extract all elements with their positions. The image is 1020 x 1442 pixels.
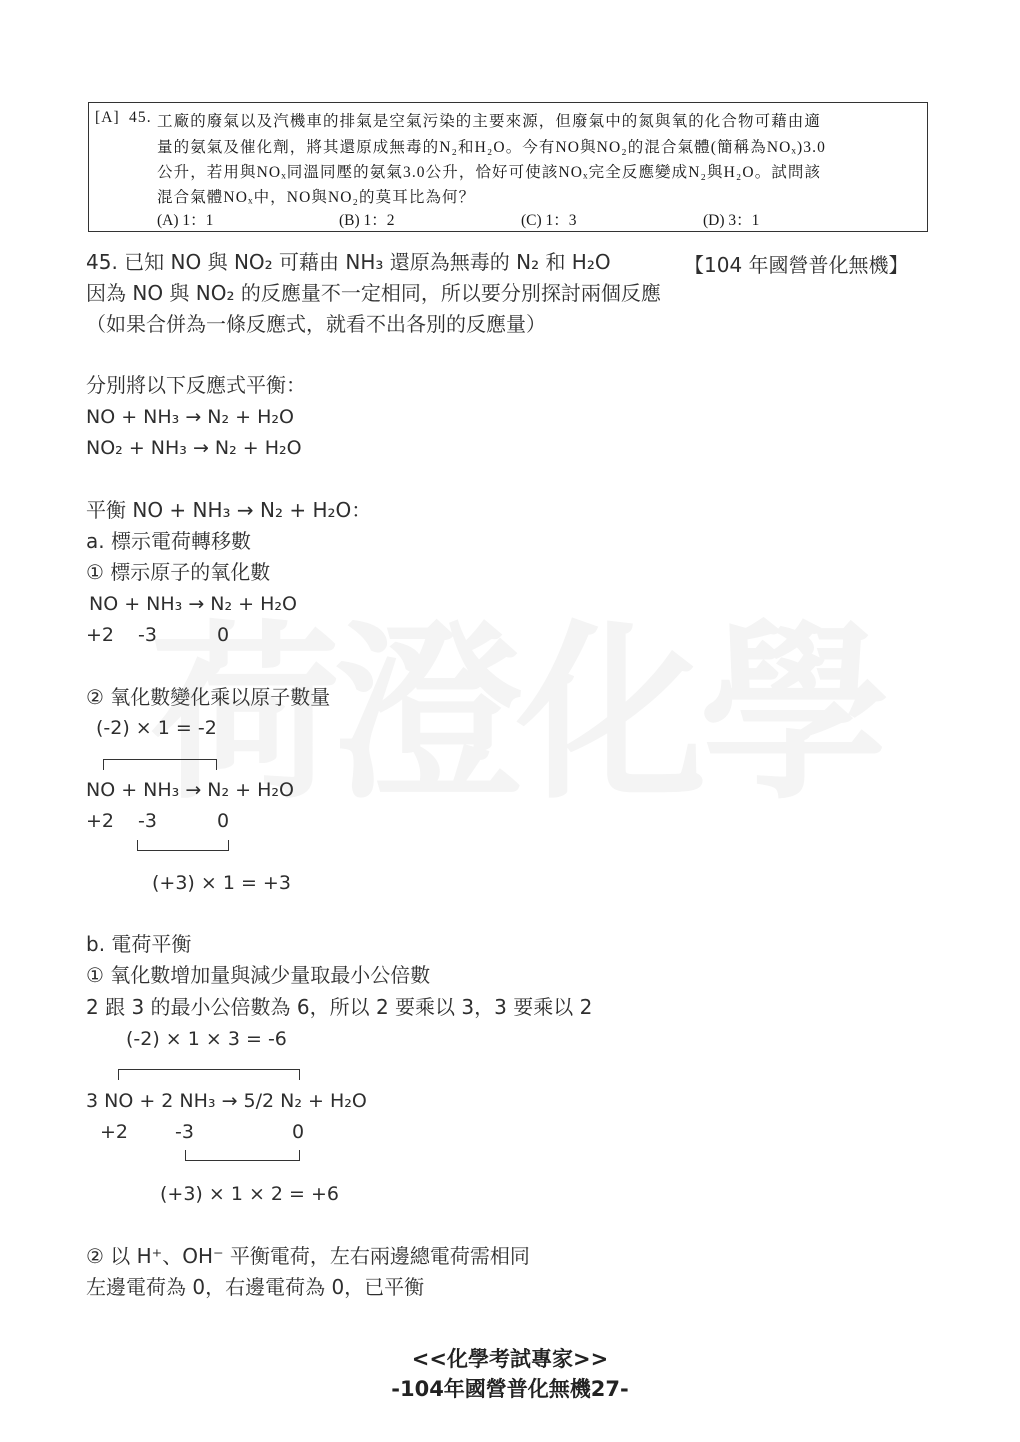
a2-ox-no: +2 <box>86 808 114 834</box>
a1-equation: NO + NH₃ → N₂ + H₂O <box>89 591 297 617</box>
b1-bottom-calc: (+3) × 1 × 2 = +6 <box>160 1181 339 1207</box>
intro-line-2: 因為 NO 與 NO₂ 的反應量不一定相同，所以要分別探討兩個反應 <box>86 280 661 306</box>
question-number: 45. <box>129 109 152 127</box>
step-a2: ② 氧化數變化乘以原子數量 <box>86 684 330 710</box>
oxidation-bracket <box>137 840 229 851</box>
question-line-3: 公升，若用與NOₓ同溫同壓的氨氣3.0公升，恰好可使該NOₓ完全反應變成N₂與H… <box>157 160 821 182</box>
a1-ox-n2: 0 <box>217 622 229 648</box>
b1-ox-n2: 0 <box>292 1119 304 1145</box>
b1-explain: 2 跟 3 的最小公倍數為 6，所以 2 要乘以 3，3 要乘以 2 <box>86 994 592 1020</box>
a2-ox-nh3: -3 <box>138 808 157 834</box>
step-b1: ① 氧化數增加量與減少量取最小公倍數 <box>86 962 430 988</box>
question-line-4: 混合氣體NOₓ中，NO與NO₂的莫耳比為何？ <box>157 185 475 207</box>
balance-title: 平衡 NO + NH₃ → N₂ + H₂O： <box>86 497 371 523</box>
choice-d: (D) 3：1 <box>703 208 759 230</box>
reaction-2: NO₂ + NH₃ → N₂ + H₂O <box>86 435 302 461</box>
choice-c: (C) 1：3 <box>521 208 577 230</box>
b1-ox-no: +2 <box>100 1119 128 1145</box>
step-a: a. 標示電荷轉移數 <box>86 528 251 554</box>
reduction-bracket <box>103 759 217 770</box>
reaction-1: NO + NH₃ → N₂ + H₂O <box>86 404 294 430</box>
watermark-char: 學 <box>700 620 880 810</box>
step-b: b. 電荷平衡 <box>86 931 191 957</box>
b1-top-calc: (-2) × 1 × 3 = -6 <box>126 1026 287 1052</box>
step-b2: ② 以 H⁺、OH⁻ 平衡電荷，左右兩邊總電荷需相同 <box>86 1243 530 1269</box>
source-tag: 【104 年國營普化無機】 <box>684 249 909 278</box>
b1-ox-nh3: -3 <box>175 1119 194 1145</box>
oxidation-bracket-b1 <box>185 1150 300 1161</box>
balance-heading: 分別將以下反應式平衡： <box>86 372 306 398</box>
footer-page: -104年國營普化無機27- <box>0 1373 1020 1403</box>
watermark-char: 化 <box>517 620 697 810</box>
question-line-2: 量的氨氣及催化劑，將其還原成無毒的N₂和H₂O。今有NO與NO₂的混合氣體(簡稱… <box>157 135 826 157</box>
a2-bottom-calc: (+3) × 1 = +3 <box>152 870 291 896</box>
answer-tag: [A] <box>95 109 120 127</box>
a2-top-calc: (-2) × 1 = -2 <box>96 715 217 741</box>
choice-a: (A) 1：1 <box>157 208 213 230</box>
a1-ox-no: +2 <box>86 622 114 648</box>
reduction-bracket-b1 <box>118 1069 300 1080</box>
a2-ox-n2: 0 <box>217 808 229 834</box>
intro-line-1: 45. 已知 NO 與 NO₂ 可藉由 NH₃ 還原為無毒的 N₂ 和 H₂O <box>86 249 611 275</box>
question-line-1: 工廠的廢氣以及汽機車的排氣是空氣污染的主要來源，但廢氣中的氮與氧的化合物可藉由適 <box>157 109 821 131</box>
b1-equation: 3 NO + 2 NH₃ → 5/2 N₂ + H₂O <box>86 1088 367 1114</box>
a2-equation: NO + NH₃ → N₂ + H₂O <box>86 777 294 803</box>
step-a1: ① 標示原子的氧化數 <box>86 559 270 585</box>
question-box: [A] 45. 工廠的廢氣以及汽機車的排氣是空氣污染的主要來源，但廢氣中的氮與氧… <box>88 102 928 232</box>
watermark-char: 澄 <box>333 620 513 810</box>
a1-ox-nh3: -3 <box>138 622 157 648</box>
footer-brand: <<化學考試專家>> <box>0 1343 1020 1373</box>
choice-b: (B) 1：2 <box>339 208 395 230</box>
choices: (A) 1：1 (B) 1：2 (C) 1：3 (D) 3：1 <box>157 208 857 230</box>
b2-result: 左邊電荷為 0，右邊電荷為 0，已平衡 <box>86 1274 424 1300</box>
intro-line-3: （如果合併為一條反應式，就看不出各別的反應量） <box>86 311 546 337</box>
